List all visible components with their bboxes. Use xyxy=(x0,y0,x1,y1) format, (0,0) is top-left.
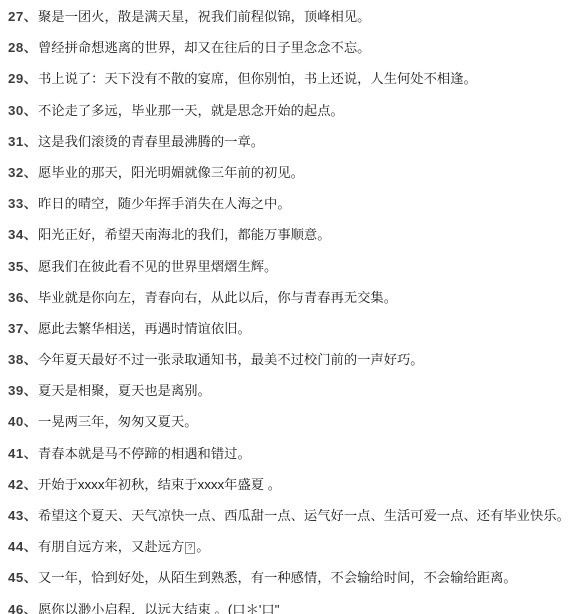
item-text: 曾经拼命想逃离的世界，却又在往后的日子里念念不忘。 xyxy=(38,40,370,55)
item-number: 33、 xyxy=(8,195,38,213)
list-item: 27、聚是一团火，散是满天星，祝我们前程似锦，顶峰相见。 xyxy=(8,8,572,26)
quote-list: 27、聚是一团火，散是满天星，祝我们前程似锦，顶峰相见。 28、曾经拼命想逃离的… xyxy=(8,8,572,614)
item-number: 27、 xyxy=(8,8,38,26)
list-item: 31、这是我们滚烫的青春里最沸腾的一章。 xyxy=(8,133,572,151)
list-item: 42、开始于xxxx年初秋，结束于xxxx年盛夏 。 xyxy=(8,476,572,494)
list-item: 33、昨日的晴空，随少年挥手消失在人海之中。 xyxy=(8,195,572,213)
list-item: 37、愿此去繁华相送，再遇时情谊依旧。 xyxy=(8,320,572,338)
list-item: 41、青春本就是马不停蹄的相遇和错过。 xyxy=(8,445,572,463)
item-number: 29、 xyxy=(8,70,38,88)
item-number: 28、 xyxy=(8,39,38,57)
list-item: 39、夏天是相聚，夏天也是离别。 xyxy=(8,382,572,400)
item-text: 有朋自远方来，又赴远方 xyxy=(38,539,184,554)
item-number: 38、 xyxy=(8,351,38,369)
list-item: 34、阳光正好，希望天南海北的我们，都能万事顺意。 xyxy=(8,226,572,244)
list-item: 30、不论走了多远，毕业那一天，就是思念开始的起点。 xyxy=(8,102,572,120)
list-item: 38、今年夏天最好不过一张录取通知书，最美不过校门前的一声好巧。 xyxy=(8,351,572,369)
item-number: 42、 xyxy=(8,476,38,494)
item-number: 46、 xyxy=(8,601,38,614)
item-text: 今年夏天最好不过一张录取通知书，最美不过校门前的一声好巧。 xyxy=(38,352,424,367)
item-text: 毕业就是你向左，青春向右，从此以后，你与青春再无交集。 xyxy=(38,290,397,305)
item-number: 36、 xyxy=(8,289,38,307)
list-item: 36、毕业就是你向左，青春向右，从此以后，你与青春再无交集。 xyxy=(8,289,572,307)
item-number: 43、 xyxy=(8,507,38,525)
item-number: 41、 xyxy=(8,445,38,463)
item-number: 30、 xyxy=(8,102,38,120)
item-number: 35、 xyxy=(8,258,38,276)
list-item: 45、又一年，恰到好处，从陌生到熟悉，有一种感情，不会输给时间，不会输给距离。 xyxy=(8,569,572,587)
item-number: 45、 xyxy=(8,569,38,587)
list-item: 44、有朋自远方来，又赴远方?。 xyxy=(8,538,572,556)
item-text: 阳光正好，希望天南海北的我们，都能万事顺意。 xyxy=(38,227,331,242)
item-text: 书上说了：天下没有不散的宴席，但你别怕，书上还说，人生何处不相逢。 xyxy=(38,71,477,86)
list-item: 28、曾经拼命想逃离的世界，却又在往后的日子里念念不忘。 xyxy=(8,39,572,57)
item-number: 31、 xyxy=(8,133,38,151)
item-text: 开始于xxxx年初秋，结束于xxxx年盛夏 。 xyxy=(38,477,281,492)
quote-article-page: 27、聚是一团火，散是满天星，祝我们前程似锦，顶峰相见。 28、曾经拼命想逃离的… xyxy=(0,0,576,614)
list-item: 29、书上说了：天下没有不散的宴席，但你别怕，书上还说，人生何处不相逢。 xyxy=(8,70,572,88)
item-text: 夏天是相聚，夏天也是离别。 xyxy=(38,383,211,398)
item-text: 昨日的晴空，随少年挥手消失在人海之中。 xyxy=(38,196,291,211)
list-item: 43、希望这个夏天、天气凉快一点、西瓜甜一点、运气好一点、生活可爱一点、还有毕业… xyxy=(8,507,572,525)
item-text: 又一年，恰到好处，从陌生到熟悉，有一种感情，不会输给时间，不会输给距离。 xyxy=(38,570,517,585)
item-text: 一晃两三年，匆匆又夏天。 xyxy=(38,414,198,429)
item-number: 44、 xyxy=(8,538,38,556)
item-text: 青春本就是马不停蹄的相遇和错过。 xyxy=(38,446,251,461)
list-item: 32、愿毕业的那天，阳光明媚就像三年前的初见。 xyxy=(8,164,572,182)
item-text: 不论走了多远，毕业那一天，就是思念开始的起点。 xyxy=(38,103,344,118)
item-text: 愿你以渺小启程，以远大结束 。(口＊'口" xyxy=(38,602,279,614)
item-number: 40、 xyxy=(8,413,38,431)
item-text: 愿此去繁华相送，再遇时情谊依旧。 xyxy=(38,321,251,336)
item-number: 34、 xyxy=(8,226,38,244)
item-text: 这是我们滚烫的青春里最沸腾的一章。 xyxy=(38,134,264,149)
missing-glyph-box-icon: ? xyxy=(185,542,195,554)
list-item: 46、愿你以渺小启程，以远大结束 。(口＊'口" xyxy=(8,601,572,614)
item-text: 愿我们在彼此看不见的世界里熠熠生辉。 xyxy=(38,259,277,274)
item-number: 37、 xyxy=(8,320,38,338)
item-text: 愿毕业的那天，阳光明媚就像三年前的初见。 xyxy=(38,165,304,180)
item-number: 39、 xyxy=(8,382,38,400)
item-text: 希望这个夏天、天气凉快一点、西瓜甜一点、运气好一点、生活可爱一点、还有毕业快乐。 xyxy=(38,508,570,523)
item-number: 32、 xyxy=(8,164,38,182)
list-item: 35、愿我们在彼此看不见的世界里熠熠生辉。 xyxy=(8,258,572,276)
item-text-tail: 。 xyxy=(196,539,209,554)
list-item: 40、一晃两三年，匆匆又夏天。 xyxy=(8,413,572,431)
item-text: 聚是一团火，散是满天星，祝我们前程似锦，顶峰相见。 xyxy=(38,9,370,24)
